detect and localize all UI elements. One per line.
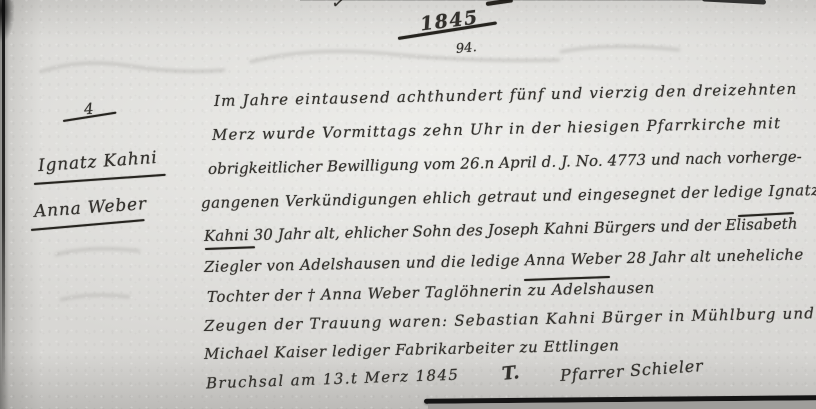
entry-number: 94. [455, 40, 477, 57]
scanned-register-page: ✓ 1845 94. 4 Ignatz Kahni Anna Weber Im … [0, 0, 816, 409]
paraph-initial: T. [501, 362, 520, 385]
